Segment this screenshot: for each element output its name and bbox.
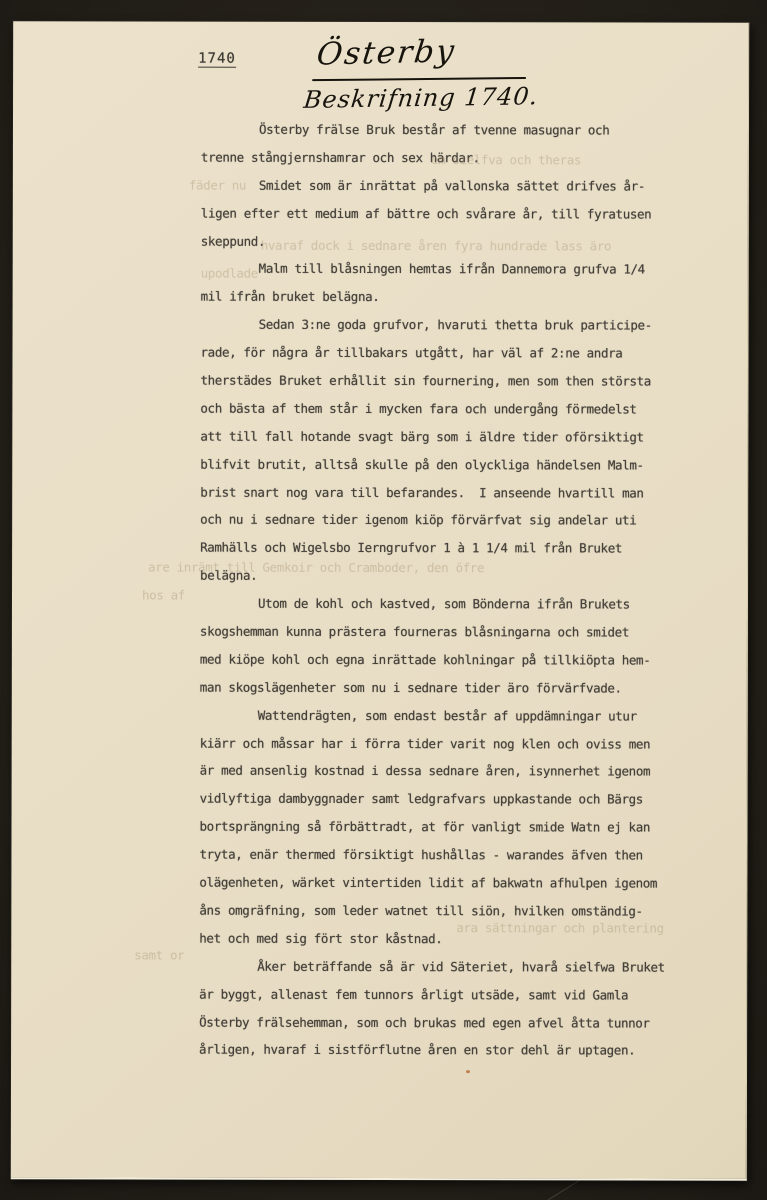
typed-line: vidlyftiga dambyggnader samt ledgrafvars… [200, 785, 700, 814]
ghost-text-line: are inrämt till Gemkoir och Cramboder, d… [148, 560, 484, 576]
handwritten-title: Österby [315, 33, 458, 72]
document-page: 1740 Österby Beskrifning 1740. Österby f… [11, 21, 749, 1181]
typed-line: med kiöpe kohl och egna inrättade kohlni… [200, 646, 700, 675]
typed-line: blifvit brutit, alltså skulle på den oly… [200, 450, 700, 479]
paper-speck [466, 1070, 470, 1073]
typed-line: brist snart nog vara till befarandes. I … [200, 478, 700, 507]
typed-line: Ramhälls och Wigelsbo Ierngrufvor 1 à 1 … [200, 534, 700, 563]
title-underline [312, 77, 526, 82]
typed-line: är byggt, allenast fem tunnors årligt ut… [199, 980, 699, 1009]
ghost-text-line: ara sättningar och plantering [456, 920, 663, 935]
typed-line: bortsprängning så förbättradt, at för va… [199, 813, 699, 842]
typed-line: olägenheten, wärket vintertiden lidit af… [199, 869, 699, 898]
ghost-text-line: samt or [134, 947, 184, 962]
typed-line: att till fall hotande svagt bärg som i ä… [200, 422, 700, 451]
ghost-text-line: hvaraf dock i sednare åren fyra hundrade… [261, 238, 611, 254]
typed-line: Åker beträffande så är vid Säteriet, hva… [199, 952, 699, 981]
typed-line: Utom de kohl och kastved, som Bönderna i… [200, 590, 700, 619]
typed-line: kiärr och måssar har i förra tider varit… [200, 729, 700, 758]
page-number: 1740 [198, 51, 236, 68]
typed-line: man skogslägenheter som nu i sednare tid… [200, 673, 700, 702]
typed-line: Wattendrägten, som endast består af uppd… [200, 701, 700, 730]
typed-line: Malm till blåsningen hemtas ifrån Dannem… [201, 255, 701, 284]
typed-line: mil ifrån bruket belägna. [201, 283, 701, 312]
typed-line: årligen, hvaraf i sistförflutne åren en … [199, 1036, 699, 1065]
typed-line: är med ansenlig kostnad i dessa sednare … [200, 757, 700, 786]
typed-line: och nu i sednare tider igenom kiöp förvä… [200, 506, 700, 535]
ghost-text-line: em sielfva och theras [431, 152, 581, 167]
typed-line: rade, för några år tillbakars utgått, ha… [200, 339, 700, 368]
typed-line: ligen efter ett medium af bättre och svå… [201, 199, 701, 228]
ghost-text-line: fäder nu [189, 178, 246, 193]
ghost-text-line: upodlade [201, 266, 258, 281]
typed-line: Österby frälsehemman, som och brukas med… [199, 1008, 699, 1037]
handwritten-subtitle: Beskrifning 1740. [302, 82, 540, 114]
typed-line: och bästa af them står i mycken fara och… [200, 395, 700, 424]
typed-line: tryta, enär thermed försiktigt hushållas… [199, 841, 699, 870]
typed-line: skogshemman kunna prästera fourneras blå… [200, 618, 700, 647]
typed-line: therstädes Bruket erhållit sin fournerin… [200, 367, 700, 396]
typed-line: Smidet som är inrättat på vallonska sätt… [201, 171, 701, 200]
typed-line: Sedan 3:ne goda grufvor, hvaruti thetta … [201, 311, 701, 340]
typed-line: Österby frälse Bruk består af tvenne mas… [201, 116, 701, 145]
ghost-text-line: hos af [142, 588, 185, 603]
